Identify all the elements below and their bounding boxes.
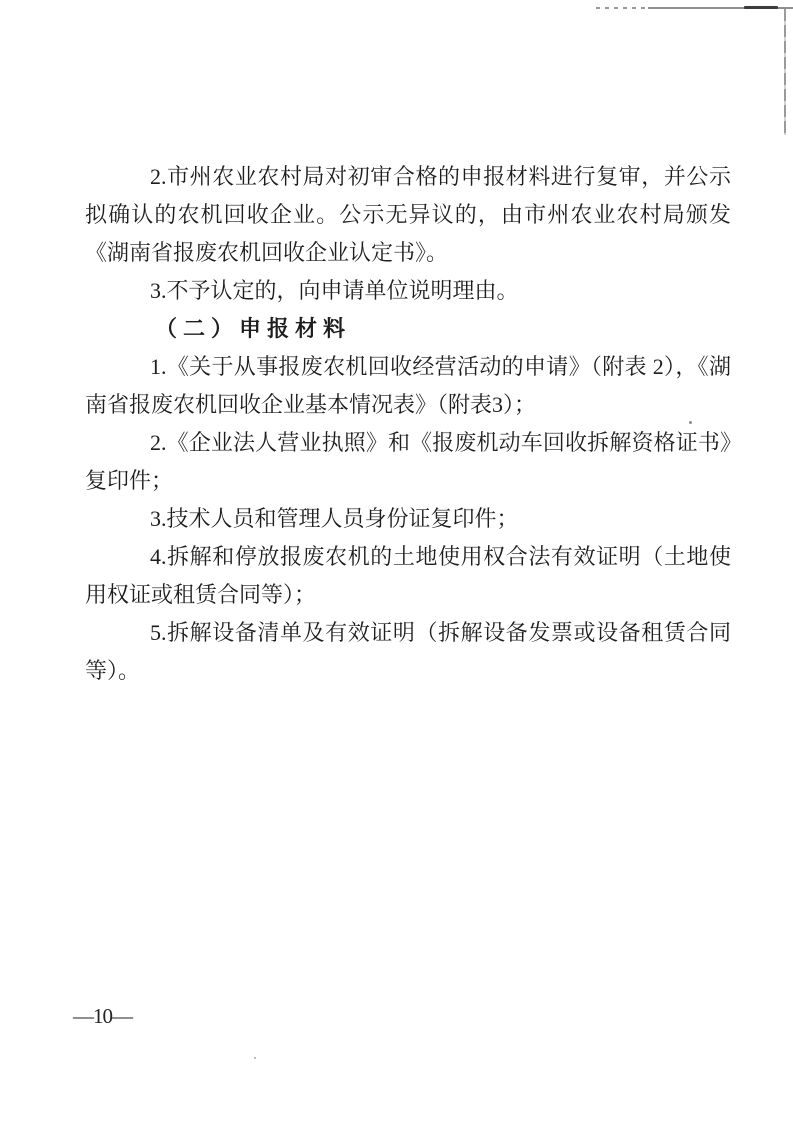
paragraph: 4.拆解和停放报废农机的土地使用权合法有效证明（土地使用权证或租赁合同等）； — [85, 538, 731, 614]
paragraph: 2.市州农业农村局对初审合格的申报材料进行复审，并公示拟确认的农机回收企业。公示… — [85, 158, 731, 272]
scan-artifact-top-line-dark-segment — [744, 6, 778, 9]
page-number: —10— — [73, 1004, 132, 1029]
scan-artifact-top-line — [648, 7, 793, 9]
document-body: 2.市州农业农村局对初审合格的申报材料进行复审，并公示拟确认的农机回收企业。公示… — [85, 158, 731, 690]
paragraph: 5.拆解设备清单及有效证明（拆解设备发票或设备租赁合同等）。 — [85, 614, 731, 690]
paragraph: 2.《企业法人营业执照》和《报废机动车回收拆解资格证书》复印件； — [85, 424, 731, 500]
section-heading: （二）申报材料 — [85, 310, 731, 348]
scan-artifact-top-dashes — [596, 7, 648, 9]
paragraph: 1.《关于从事报废农机回收经营活动的申请》（附表 2），《湖南省报废农机回收企业… — [85, 348, 731, 424]
document-page: 2.市州农业农村局对初审合格的申报材料进行复审，并公示拟确认的农机回收企业。公示… — [0, 0, 793, 1123]
scan-artifact-speck — [254, 1057, 256, 1059]
scan-artifact-right-edge-line — [784, 9, 786, 135]
paragraph: 3.不予认定的，向申请单位说明理由。 — [85, 272, 731, 310]
paragraph: 3.技术人员和管理人员身份证复印件； — [85, 500, 731, 538]
